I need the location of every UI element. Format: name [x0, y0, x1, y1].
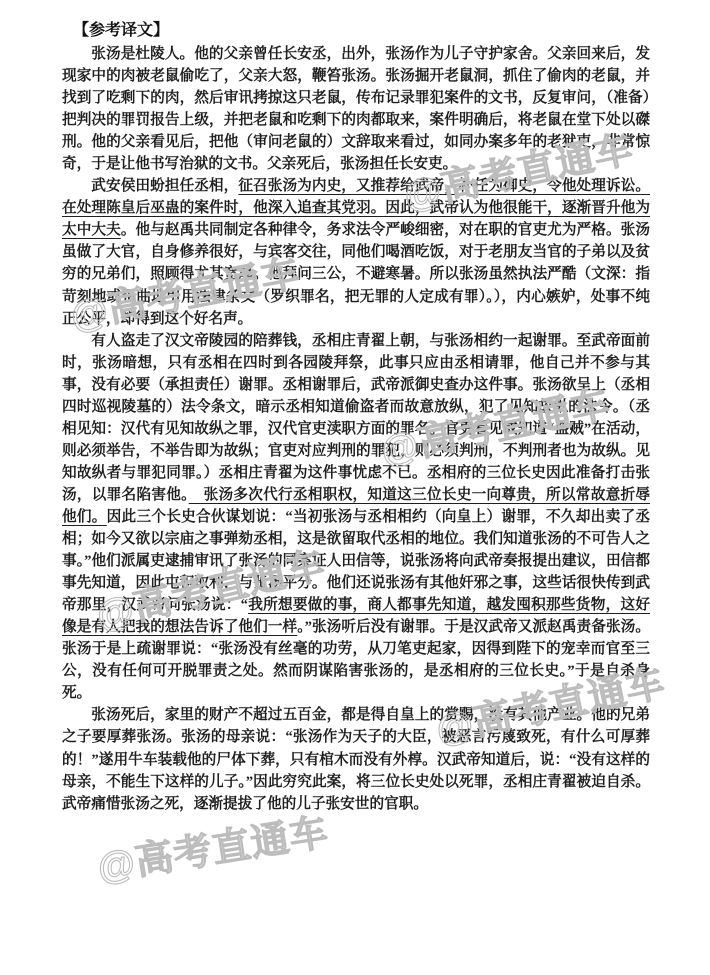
- paragraph: 有人盗走了汉文帝陵园的陪葬钱，丞相庄青翟上朝，与张汤相约一起谢罪。至武帝面前时，…: [62, 330, 650, 705]
- text-segment: 有人盗走了汉文帝陵园的陪葬钱，丞相庄青翟上朝，与张汤相约一起谢罪。至武帝面前时，…: [62, 333, 650, 503]
- document-page: 【参考译文】 张汤是杜陵人。他的父亲曾任长安丞，出外，张汤作为儿子守护家舍。父亲…: [0, 0, 710, 975]
- document-content: 【参考译文】 张汤是杜陵人。他的父亲曾任长安丞，出外，张汤作为儿子守护家舍。父亲…: [62, 19, 650, 815]
- text-segment: 张汤是杜陵人。他的父亲曾任长安丞，出外，张汤作为儿子守护家舍。父亲回来后，发现家…: [62, 46, 650, 172]
- document-body: 张汤是杜陵人。他的父亲曾任长安丞，出外，张汤作为儿子守护家舍。父亲回来后，发现家…: [62, 43, 650, 815]
- page-title: 【参考译文】: [73, 19, 650, 42]
- text-segment: 张汤死后，家里的财产不超过五百金，都是得自皇上的赏赐，没有其他产业。他的兄弟之子…: [62, 707, 650, 811]
- text-segment: 。他与赵禹共同制定各种律令，务求法令严峻细密，对在职的官吏尤为严格。张汤虽做了大…: [62, 222, 650, 326]
- text-segment: 武安侯田蚡担任丞相，: [91, 178, 238, 194]
- paragraph: 张汤是杜陵人。他的父亲曾任长安丞，出外，张汤作为儿子守护家舍。父亲回来后，发现家…: [62, 43, 650, 175]
- paragraph: 武安侯田蚡担任丞相，征召张汤为内史，又推荐给武帝，补任为御史，令他处理诉讼。在处…: [62, 175, 650, 329]
- paragraph: 张汤死后，家里的财产不超过五百金，都是得自皇上的赏赐，没有其他产业。他的兄弟之子…: [62, 704, 650, 814]
